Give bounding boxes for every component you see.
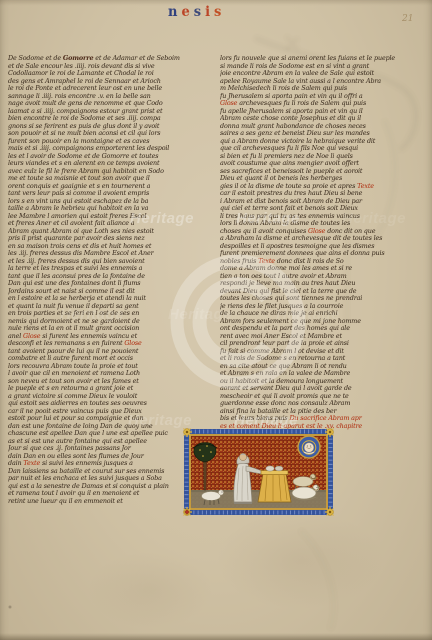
- text-line: le pueple et s en retourna a grant joie …: [8, 385, 210, 393]
- text-line: tant vers leur pais si comme il avoient …: [8, 190, 210, 198]
- text-line: estoit pour lui et pour sa compaignie et…: [8, 415, 210, 423]
- text-line: despoilles et li apostres tesmoigne que …: [220, 243, 428, 251]
- text-line: de la chauce ne diras mie je ai enrichi: [220, 310, 428, 318]
- text-line: pris il prist quarante par avoir des sie…: [8, 235, 210, 243]
- text-line: choses qu il avoit conquises Glose donc …: [220, 228, 428, 236]
- miniature-abram-sacrifice: [183, 428, 334, 516]
- text-line: avoit coustume que ains mengier avoit of…: [220, 160, 428, 168]
- text-line: ses sacrefices et beneissoit le pueple e…: [220, 168, 428, 176]
- text-line: lee Mambre l amorien qui estoit freres E…: [8, 213, 210, 221]
- text-line: et Abram s en rala en la valee de Mambre: [220, 370, 428, 378]
- text-line: et freres Aner et cil avoient fait alian…: [8, 220, 210, 228]
- text-column-left: De Sodome et de Gomorre et de Adamar et …: [8, 55, 210, 505]
- running-title-letter: s: [194, 4, 205, 20]
- text-line: la terre et les trespas et suivi les enn…: [8, 265, 210, 273]
- running-title-letter: i: [205, 4, 214, 20]
- text-line: qui est a la senestre de Damas et si con…: [8, 483, 210, 491]
- text-line: les .iij. freres dessus dis Mambre Escol…: [8, 250, 210, 258]
- text-line: en sa maison trois cens et dis et huit h…: [8, 243, 210, 251]
- text-line: lors fu nouvele que si anemi orent les f…: [220, 55, 428, 63]
- text-line: dome a Abram donne moi les ames et si re: [220, 265, 428, 273]
- text-line: Dieu et quant il ot beneis les herberges: [220, 175, 428, 183]
- text-line: le roi de Ponte et adrecerent leur ost e…: [8, 85, 210, 93]
- text-line: fu apelle Jherusalem si aporta pain et v…: [220, 108, 428, 116]
- text-line: en trois parties et se feri en l ost de …: [8, 310, 210, 318]
- text-line: si mande li rois de Sodome est en si vin…: [220, 63, 428, 71]
- god-in-heaven-icon: [298, 436, 320, 458]
- text-line: si bien et fu li premiers nez de Noe li …: [220, 153, 428, 161]
- text-line: bis et leurs biens puis Du sacrifice Abr…: [220, 415, 428, 423]
- text-line: aorant et servant Dieu qui l avoit garde…: [220, 385, 428, 393]
- text-line: a grant victoire si comme Dieux le voulo…: [8, 393, 210, 401]
- text-line: donna mult grant habondance de choses ne…: [220, 123, 428, 131]
- text-line: qui ciel et terre sont fait et benois so…: [220, 205, 428, 213]
- text-line: que cil archevesques fu li fils Noe qui …: [220, 145, 428, 153]
- text-line: dan est une fontaine de loing Dan de quo…: [8, 423, 210, 431]
- running-title-letter: n: [168, 4, 181, 20]
- text-line: mais et si .iiij. compaignons emporteren…: [8, 145, 210, 153]
- text-line: Glose archevesques fu li rois de Salem q…: [220, 100, 428, 108]
- text-line: chascune est apellee Dan que l une est a…: [8, 430, 210, 438]
- text-line: lors recouvra Abram toute la proie et to…: [8, 363, 210, 371]
- text-line: nemis qui dormoient et ne se gardoient d…: [8, 318, 210, 326]
- text-line: rent avec moi Aner Escol et Mambre et: [220, 333, 428, 341]
- text-line: i Abram et dist benois soit Abram de Die…: [220, 198, 428, 206]
- text-line: nage avoit mult de gens de renomme et qu…: [8, 100, 210, 108]
- text-line: car il ne pooit estre vaincus puis que D…: [8, 408, 210, 416]
- text-line: Abram ceste chose conte Josephus et dit …: [220, 115, 428, 123]
- text-line: et quant la nuit fu venue il departi sa …: [8, 303, 210, 311]
- text-line: anel Glose si furent les ennemis vaincu …: [8, 333, 210, 341]
- manuscript-page: nesis 21 De Sodome et de Gomorre et de A…: [0, 0, 432, 640]
- text-line: Dan laissiens sa bataille et courut sur …: [8, 468, 210, 476]
- text-line: me et toute sa maisnie et tout son avoir…: [8, 175, 210, 183]
- text-line: avec eulz le fil le frere Abram qui habi…: [8, 168, 210, 176]
- text-line: ou il habitoit et la demoura longuement: [220, 378, 428, 386]
- text-line: fu Jherusalem si aporta pain et vin qu i…: [220, 93, 428, 101]
- text-line: lors li donna Abram la disme de toutes l…: [220, 220, 428, 228]
- text-line: tant avoient paour de lui qu il ne pouoi…: [8, 348, 210, 356]
- text-line: son neveu et tout son avoir et les fames…: [8, 378, 210, 386]
- text-line: tant que il les aconsui pres de la fonta…: [8, 273, 210, 281]
- text-line: li tres haus par qui tu as tes ennemis v…: [220, 213, 428, 221]
- text-line: et ramena tout l avoir qu il en menoient…: [8, 490, 210, 498]
- text-line: joie encontre Abram en la valee de Sale …: [220, 70, 428, 78]
- text-line: De Sodome et de Gomorre et de Adamar et …: [8, 55, 210, 63]
- text-line: nule riens et la en ot il mult grant occ…: [8, 325, 210, 333]
- text-line: bien encontre le roi de Sodome et ses .i…: [8, 115, 210, 123]
- text-line: dain Texte si suivi les ennemis jusques …: [8, 460, 210, 468]
- text-line: ainsi fina la bataille et la pitie des b…: [220, 408, 428, 416]
- text-line: cil prendront leur part de la proie et a…: [220, 340, 428, 348]
- text-line: leurs viandes et s en alerent en ce temp…: [8, 160, 210, 168]
- text-column-right: lors fu nouvele que si anemi orent les f…: [220, 55, 428, 430]
- text-line: Jordains sourt et naist si comme il est …: [8, 288, 210, 296]
- text-line: qui a Abram donne victoire la hebraique …: [220, 138, 428, 146]
- running-title-letter: s: [214, 4, 225, 20]
- text-line: taille a Abram le hebrieu qui habitoit e…: [8, 205, 210, 213]
- text-line: m Melchisedech li rois de Salem qui puis: [220, 85, 428, 93]
- text-line: furent son pouoir en la montaigne et es …: [8, 138, 210, 146]
- text-line: nobles fruis Texte donc dist li rois de …: [220, 258, 428, 266]
- text-line: et li rois de Sodome s en retourna a tan…: [220, 355, 428, 363]
- text-line: retint une lueur qu il en emmenoit et: [8, 498, 210, 506]
- text-line: combatre et li autre furent mort et occi…: [8, 355, 210, 363]
- text-line: je riens des le filet jusques a la courr…: [220, 303, 428, 311]
- folio-number: 21: [402, 14, 413, 24]
- text-line: en sa cite atout ce que Abram li ot rend…: [220, 363, 428, 371]
- text-line: Dan qui est une des fontaines dont li fl…: [8, 280, 210, 288]
- text-line: en l estoire et la se herberja et atendi…: [8, 295, 210, 303]
- text-line: as et si est une autre fontaine qui est …: [8, 438, 210, 446]
- text-line: Jour si que ces .ij. fontaines passans J…: [8, 445, 210, 453]
- text-line: respondi je lieve ma main au tres haut D…: [220, 280, 428, 288]
- running-title-letter: e: [181, 4, 193, 20]
- text-line: Codollaamor le roi de Lamante et Chodal …: [8, 70, 210, 78]
- text-line: mescheoir et qui li avoit promis que ne …: [220, 393, 428, 401]
- text-line: toutes les choses qui sont tiennes ne pr…: [220, 295, 428, 303]
- text-line: car il estoit prestres du tres haut Dieu…: [220, 190, 428, 198]
- text-line: et de Sale encour les .iiij. rois devant…: [8, 63, 210, 71]
- text-line: lors s en vint uns qui estoit eschapez d…: [8, 198, 210, 206]
- text-line: dain Dan en ou elles sont les flumes de …: [8, 453, 210, 461]
- text-line: laamat a si .iiij. compaignons estour gr…: [8, 108, 210, 116]
- text-line: ont despendu et la part des homes qui al…: [220, 325, 428, 333]
- running-title: nesis: [168, 4, 248, 21]
- text-line: tien a ton oes tout l autre avoir et Abr…: [220, 273, 428, 281]
- text-line: son pouoir et si ne mult bien aconsi et …: [8, 130, 210, 138]
- text-line: a Abraham la disme et archevesque dit de…: [220, 235, 428, 243]
- text-line: guerdonne esse donc nos consaulz Abram: [220, 400, 428, 408]
- text-line: Abram quant Abram oi que Loth ses nies e…: [8, 228, 210, 236]
- text-line: desconfi et les remanans s en fuirent Gl…: [8, 340, 210, 348]
- text-line: sannage li .iiij. rois encontre .v. en l…: [8, 93, 210, 101]
- text-line: saires a ses genz et beneist Dieu sur le…: [220, 130, 428, 138]
- text-line: gnons si se ferirent es puis de glus don…: [8, 123, 210, 131]
- text-line: des gens et Amraphel le roi de Sennaar e…: [8, 78, 210, 86]
- text-line: furent premierement donnees que ains el …: [220, 250, 428, 258]
- text-line: gies il ot la disme de toute sa proie et…: [220, 183, 428, 191]
- text-line: apelee Royaume Sale la vint aussi a l en…: [220, 78, 428, 86]
- text-line: par nuit et les enchaca et les suivi jus…: [8, 475, 210, 483]
- text-line: devant Dieu qui fist le ciel et la terre…: [220, 288, 428, 296]
- text-line: qui estoit ses aidierres en toutes ses o…: [8, 400, 210, 408]
- text-line: les et l avoir de Sodome et de Gomorre e…: [8, 153, 210, 161]
- text-line: fu fait si comme Abram l ot devise et di…: [220, 348, 428, 356]
- text-line: orent conquis et gaaignie et s en tourne…: [8, 183, 210, 191]
- text-line: Abram fors seulement ce que mi jone homm…: [220, 318, 428, 326]
- text-line: et les .iij. freres dessus dis qui bien …: [8, 258, 210, 266]
- text-line: l avoir que cil en menoient et ramena Lo…: [8, 370, 210, 378]
